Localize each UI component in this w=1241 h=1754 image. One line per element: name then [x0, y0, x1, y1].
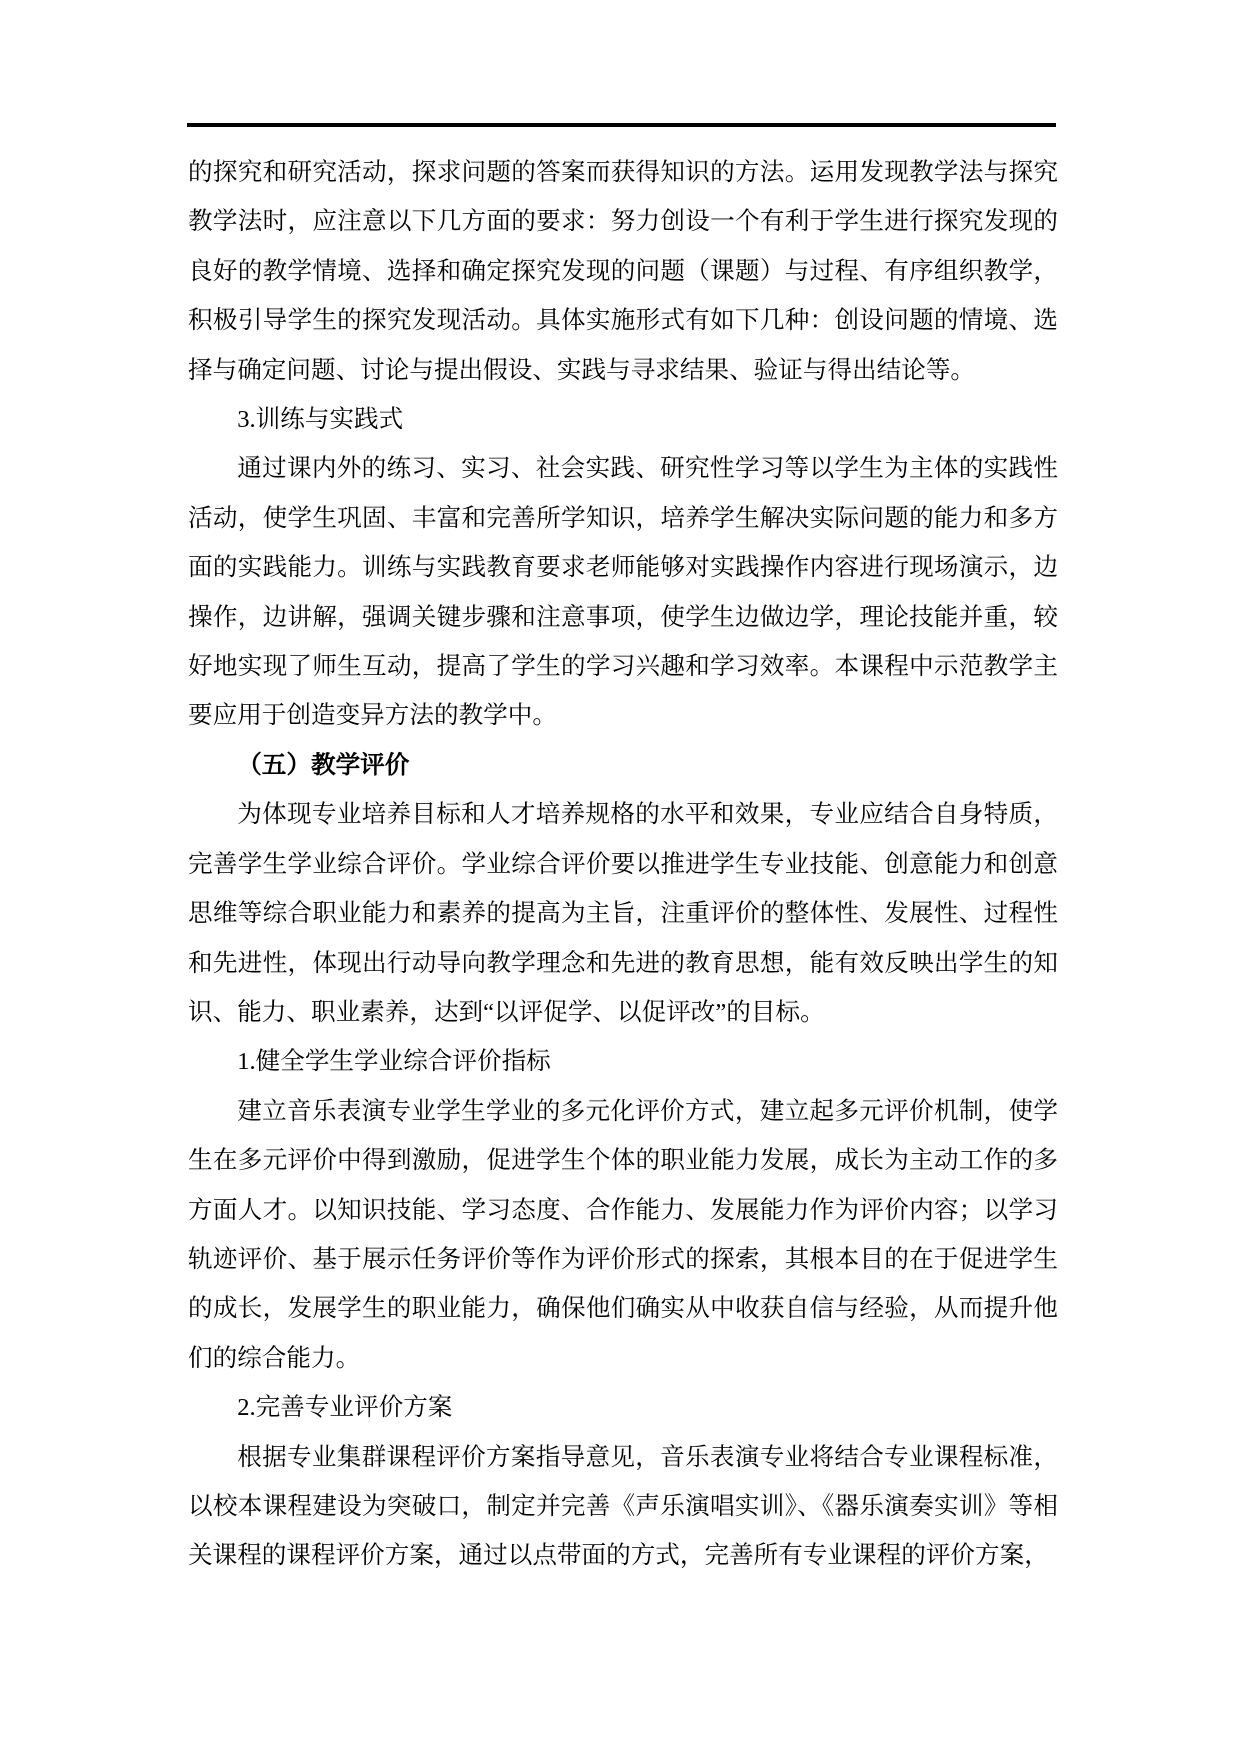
paragraph: 的探究和研究活动，探求问题的答案而获得知识的方法。运用发现教学法与探究教学法时，…: [188, 148, 1058, 395]
paragraph: 1.健全学生学业综合评价指标: [188, 1037, 1058, 1086]
header-rule: [187, 123, 1056, 127]
paragraph: 建立音乐表演专业学生学业的多元化评价方式，建立起多元评价机制，使学生在多元评价中…: [188, 1087, 1058, 1383]
document-page: 的探究和研究活动，探求问题的答案而获得知识的方法。运用发现教学法与探究教学法时，…: [0, 0, 1241, 1754]
paragraph: 通过课内外的练习、实习、社会实践、研究性学习等以学生为主体的实践性活动，使学生巩…: [188, 444, 1058, 740]
paragraph: 为体现专业培养目标和人才培养规格的水平和效果，专业应结合自身特质，完善学生学业综…: [188, 790, 1058, 1037]
paragraph: 3.训练与实践式: [188, 395, 1058, 444]
paragraph: 2.完善专业评价方案: [188, 1383, 1058, 1432]
section-heading: （五）教学评价: [188, 741, 1058, 790]
paragraph: 根据专业集群课程评价方案指导意见，音乐表演专业将结合专业课程标准，以校本课程建设…: [188, 1433, 1058, 1581]
document-body: 的探究和研究活动，探求问题的答案而获得知识的方法。运用发现教学法与探究教学法时，…: [188, 148, 1058, 1581]
